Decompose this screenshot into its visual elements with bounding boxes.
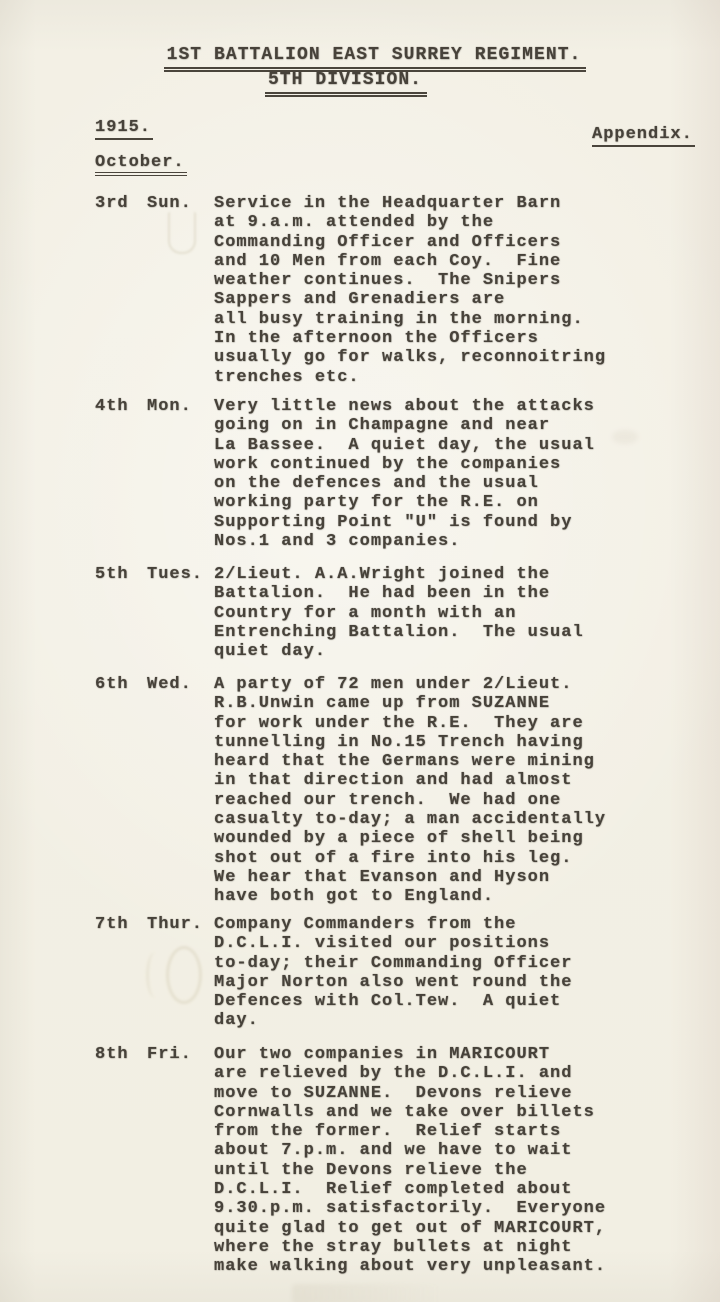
entry-date: 4th [95,397,129,416]
month-heading: October. [95,153,187,176]
entry-date: 3rd [95,194,129,213]
entry-day: Tues. [147,565,203,584]
entry-day: Wed. [147,675,192,694]
war-diary-page: 1ST BATTALION EAST SURREY REGIMENT. 5TH … [0,0,720,1302]
entry-body: Our two companies in MARICOURT are relie… [214,1045,674,1277]
entry-date: 7th [95,915,129,934]
entry-body: Very little news about the attacks going… [214,397,674,551]
entry-body: 2/Lieut. A.A.Wright joined the Battalion… [214,565,674,661]
entry-day: Sun. [147,194,192,213]
title-line-1: 1ST BATTALION EAST SURREY REGIMENT. [15,45,720,72]
page-title: 1ST BATTALION EAST SURREY REGIMENT. [164,45,587,72]
page-subtitle: 5TH DIVISION. [265,70,427,97]
embossed-ring-ghost [166,946,202,1004]
title-line-2: 5TH DIVISION. [0,70,706,97]
entry-date: 6th [95,675,129,694]
paperclip-impression-ghost [168,212,196,254]
entry-body: Service in the Headquarter Barn at 9.a.m… [214,194,674,387]
entry-date: 5th [95,565,129,584]
entry-body: A party of 72 men under 2/Lieut. R.B.Unw… [214,675,674,907]
entry-day: Thur. [147,915,203,934]
entry-body: Company Commanders from the D.C.L.I. vis… [214,915,674,1031]
bottom-smudge [292,1284,442,1302]
year-heading: 1915. [95,118,153,140]
embossed-arc-ghost [146,952,165,998]
entry-day: Mon. [147,397,192,416]
entry-date: 8th [95,1045,129,1064]
entry-day: Fri. [147,1045,192,1064]
appendix-label: Appendix. [592,125,695,147]
